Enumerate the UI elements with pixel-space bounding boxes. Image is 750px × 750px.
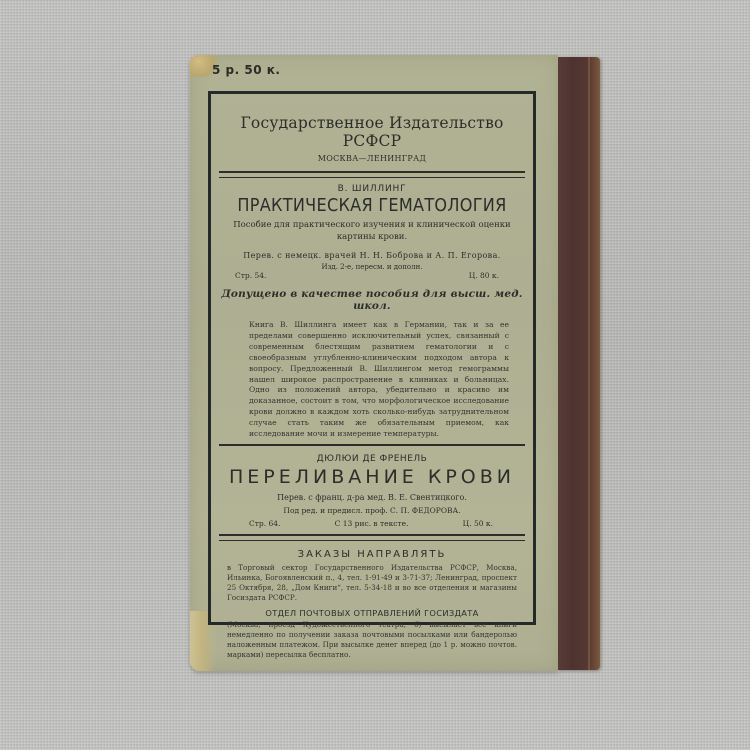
book1-price: Ц. 80 к.	[469, 271, 499, 280]
publisher-cities: МОСКВА—ЛЕНИНГРАД	[211, 154, 533, 163]
orders-heading: ЗАКАЗЫ НАПРАВЛЯТЬ	[211, 549, 533, 560]
book-spine	[558, 57, 600, 670]
book1-description: Книга В. Шиллинга имеет как в Германии, …	[249, 320, 509, 440]
postal-heading: ОТДЕЛ ПОЧТОВЫХ ОТПРАВЛЕНИЙ ГОСИЗДАТА	[211, 608, 533, 618]
book1-translators: Перев. с немецк. врачей Н. Н. Боброва и …	[211, 251, 533, 260]
book2-price: Ц. 50 к.	[463, 519, 493, 528]
postal-text: (Москва, проезд Художественного театра, …	[227, 620, 517, 660]
orders-text: в Торговый сектор Государственного Издат…	[227, 563, 517, 603]
book1-approval: Допущено в качестве пособия для высш. ме…	[211, 288, 533, 312]
divider	[219, 534, 525, 541]
divider	[219, 444, 525, 446]
book2-illustrations: С 13 рис. в тексте.	[335, 519, 409, 528]
book2-title: ПЕРЕЛИВАНИЕ КРОВИ	[211, 466, 533, 488]
book2-pages: Стр. 64.	[249, 519, 280, 528]
price-label: 5 р. 50 к.	[212, 63, 280, 77]
book1-author: В. ШИЛЛИНГ	[211, 184, 533, 194]
book2-editor: Под ред. и предисл. проф. С. П. ФЕДОРОВА…	[211, 506, 533, 515]
book2-meta-row: Стр. 64. С 13 рис. в тексте. Ц. 50 к.	[211, 519, 533, 528]
book1-meta-row: Стр. 54. Ц. 80 к.	[211, 271, 533, 280]
book1-subtitle: Пособие для практического изучения и кли…	[225, 219, 519, 243]
book2-translator: Перев. с франц. д-ра мед. В. Е. Свентицк…	[211, 493, 533, 502]
book1-title: ПРАКТИЧЕСКАЯ ГЕМАТОЛОГИЯ	[224, 196, 520, 216]
book1-edition: Изд. 2-е, пересм. и дополн.	[211, 263, 533, 271]
book2-author: ДЮЛЮИ ДЕ ФРЕНЕЛЬ	[211, 454, 533, 464]
publisher-name: Государственное Издательство РСФСР	[211, 114, 533, 150]
advert-frame: Государственное Издательство РСФСР МОСКВ…	[208, 91, 536, 625]
book1-pages: Стр. 54.	[235, 271, 266, 280]
divider	[219, 171, 525, 178]
back-cover: 5 р. 50 к. Государственное Издательство …	[190, 55, 558, 671]
book: 5 р. 50 к. Государственное Издательство …	[190, 55, 602, 671]
